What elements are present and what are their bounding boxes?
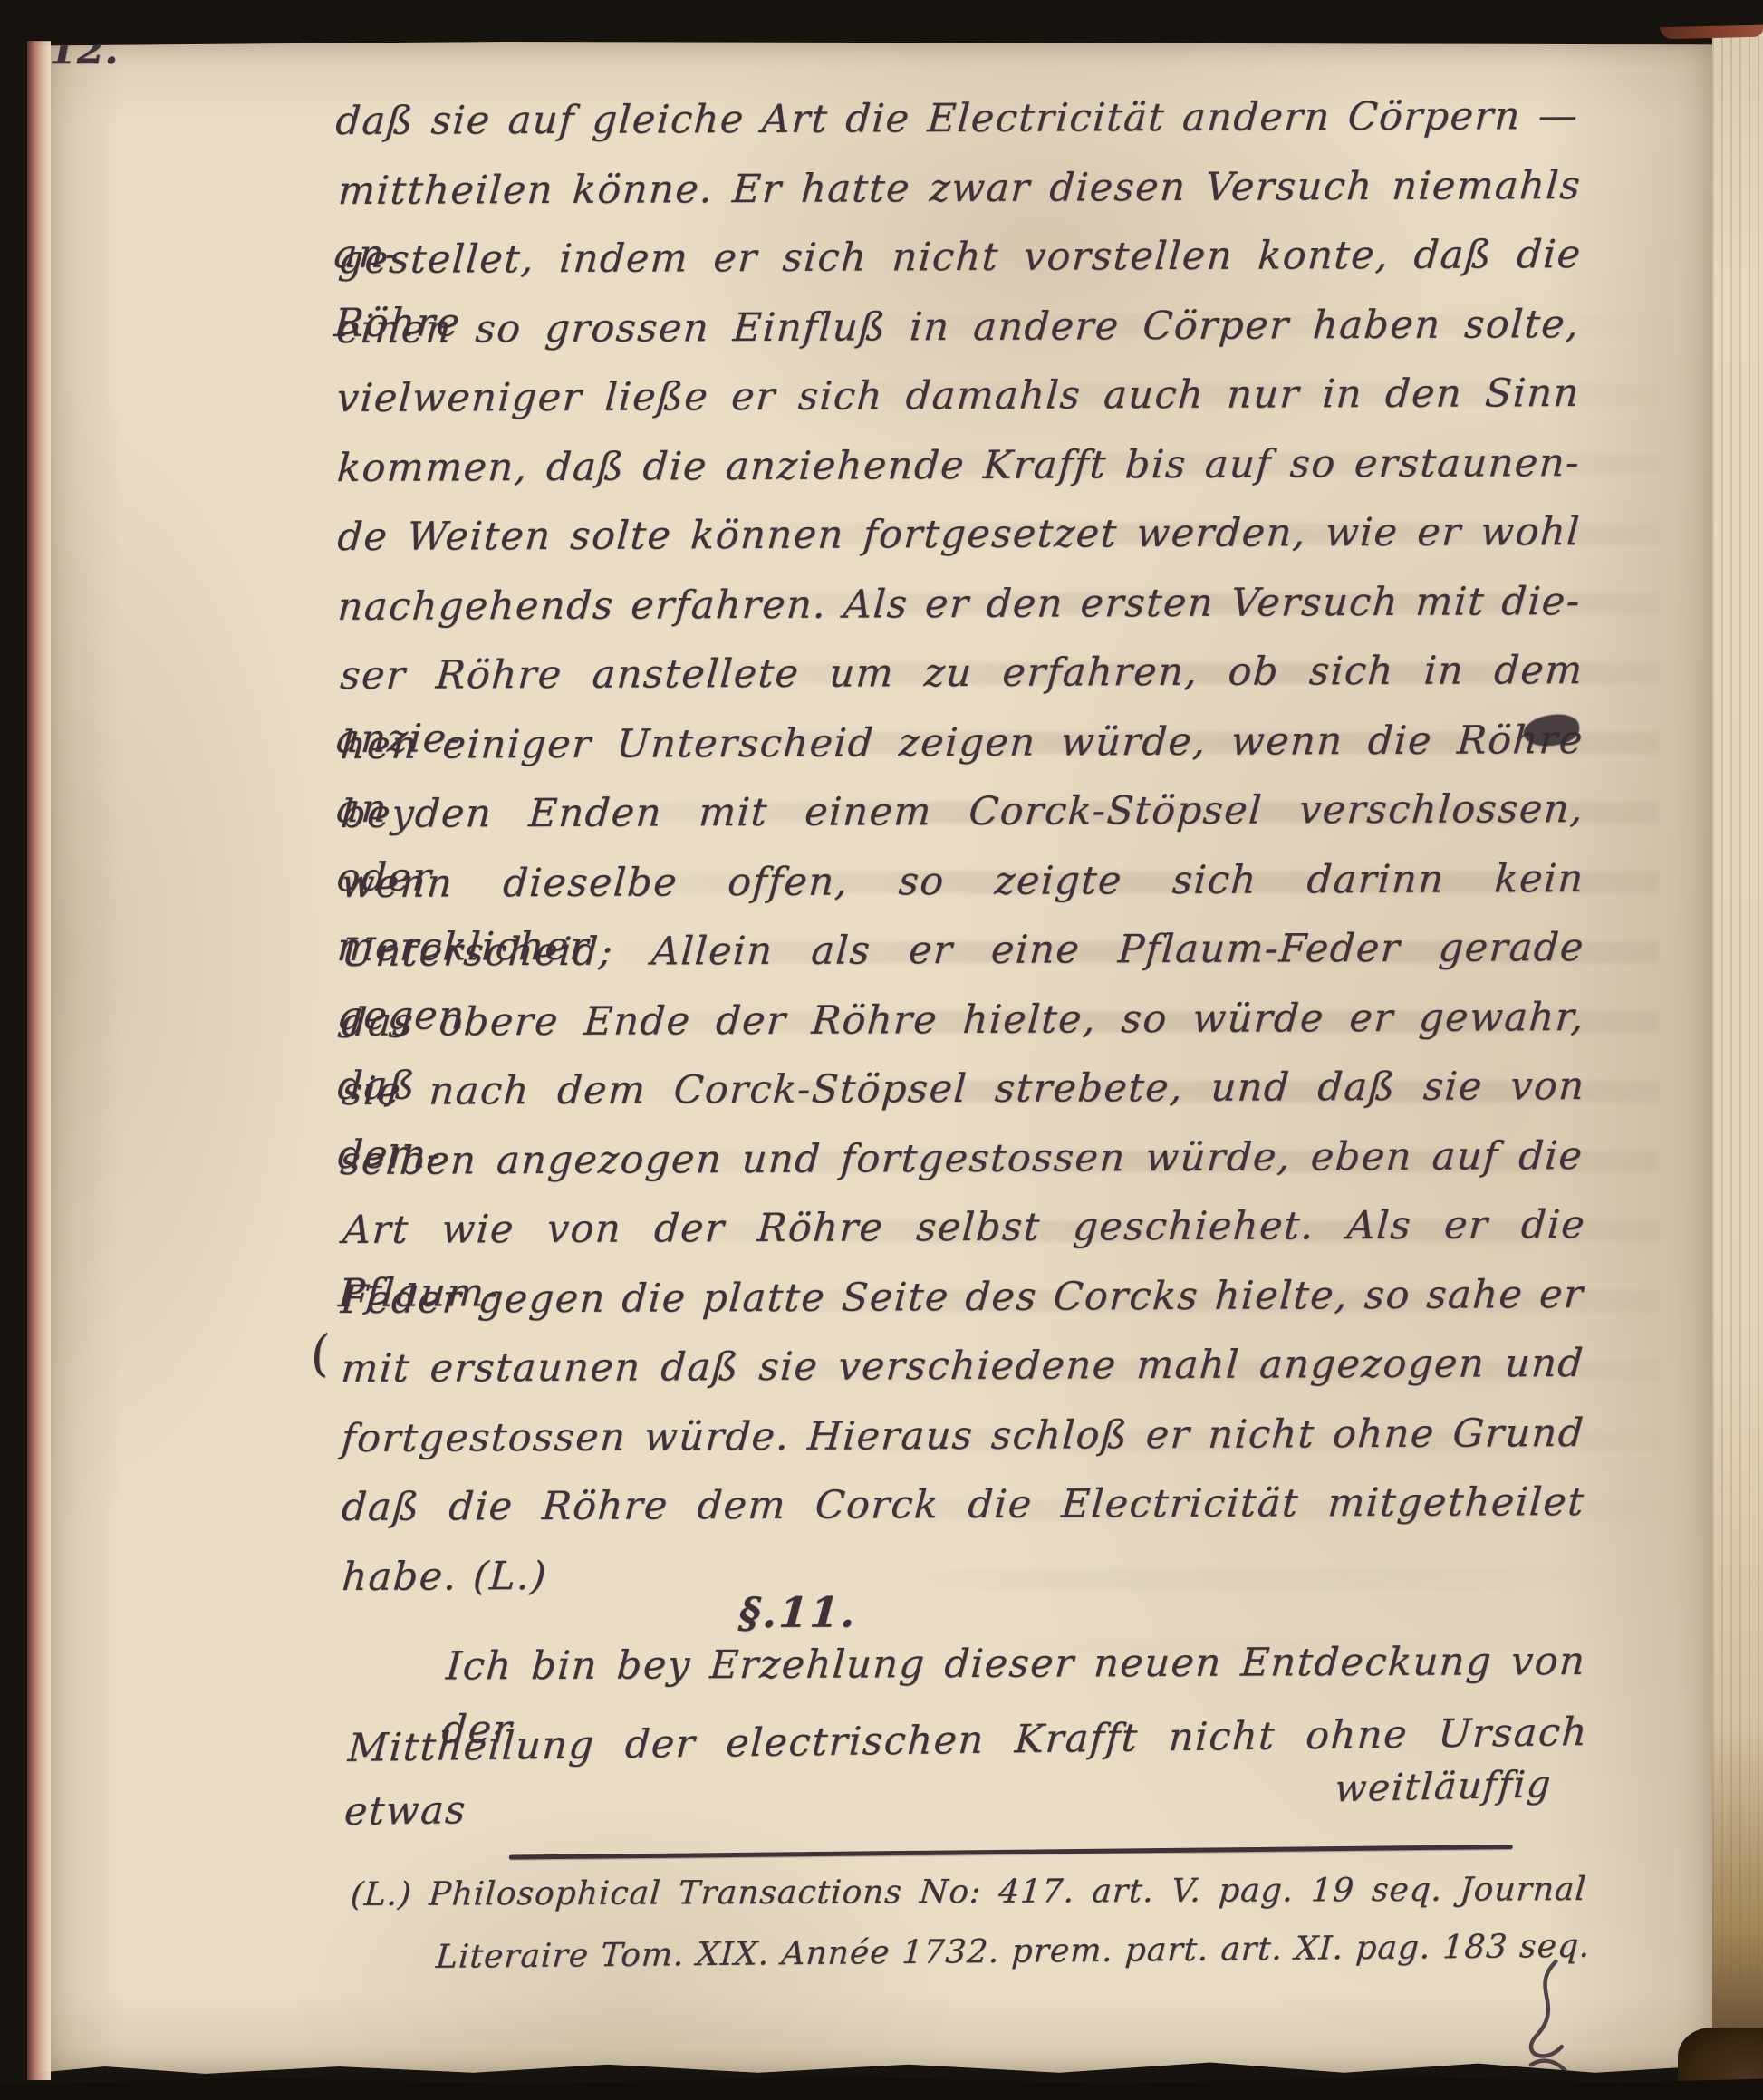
- manuscript-line: Feder gegen die platte Seite des Corcks …: [339, 1262, 1586, 1331]
- manuscript-line: einen so grossen Einfluß in andere Cörpe…: [334, 293, 1582, 361]
- manuscript-line: kommen, daß die anziehende Krafft bis au…: [335, 431, 1583, 500]
- manuscript-line: mit erstaunen daß sie verschiedene mahl …: [339, 1332, 1586, 1401]
- page-number: 12.: [49, 42, 119, 73]
- manuscript-line: vielweniger ließe er sich damahls auch n…: [335, 361, 1583, 430]
- scan-border-top: [0, 0, 1763, 42]
- book-fore-edge: [1712, 24, 1763, 2100]
- manuscript-line: fortgestossen würde. Hieraus schloß er n…: [340, 1401, 1587, 1469]
- manuscript-text: daß sie auf gleiche Art die Electricität…: [335, 42, 1587, 2075]
- pen-flourish: [1508, 1958, 1575, 2075]
- manuscript-line: de Weiten solte können fortgesetzet werd…: [335, 500, 1583, 569]
- footnote-line: (L.) Philosophical Transactions No: 417.…: [349, 1864, 1588, 1922]
- manuscript-line: daß die Röhre dem Corck die Electricität…: [340, 1470, 1587, 1539]
- section-heading: §.11.: [737, 1588, 859, 1638]
- footnote-line: Literaire Tom. XIX. Année 1732. prem. pa…: [434, 1921, 1592, 1984]
- margin-mark: (: [306, 1325, 333, 1383]
- manuscript-page: 12. daß sie auf gleiche Art die Electric…: [38, 42, 1712, 2075]
- scan-border-bottom: [0, 2076, 1763, 2100]
- book-spine-edge: [24, 36, 51, 2080]
- catchword: weitläuffig: [1334, 1762, 1554, 1810]
- scan-border-left: [0, 0, 27, 2100]
- manuscript-scan: 12. daß sie auf gleiche Art die Electric…: [0, 0, 1763, 2100]
- manuscript-line: habe. (L.): [340, 1544, 549, 1608]
- footnote-separator: [509, 1845, 1513, 1860]
- manuscript-line: daß sie auf gleiche Art die Electricität…: [333, 84, 1581, 153]
- manuscript-line: selben angezogen und fortgestossen würde…: [338, 1123, 1585, 1192]
- manuscript-line: nachgehends erfahren. Als er den ersten …: [336, 570, 1584, 639]
